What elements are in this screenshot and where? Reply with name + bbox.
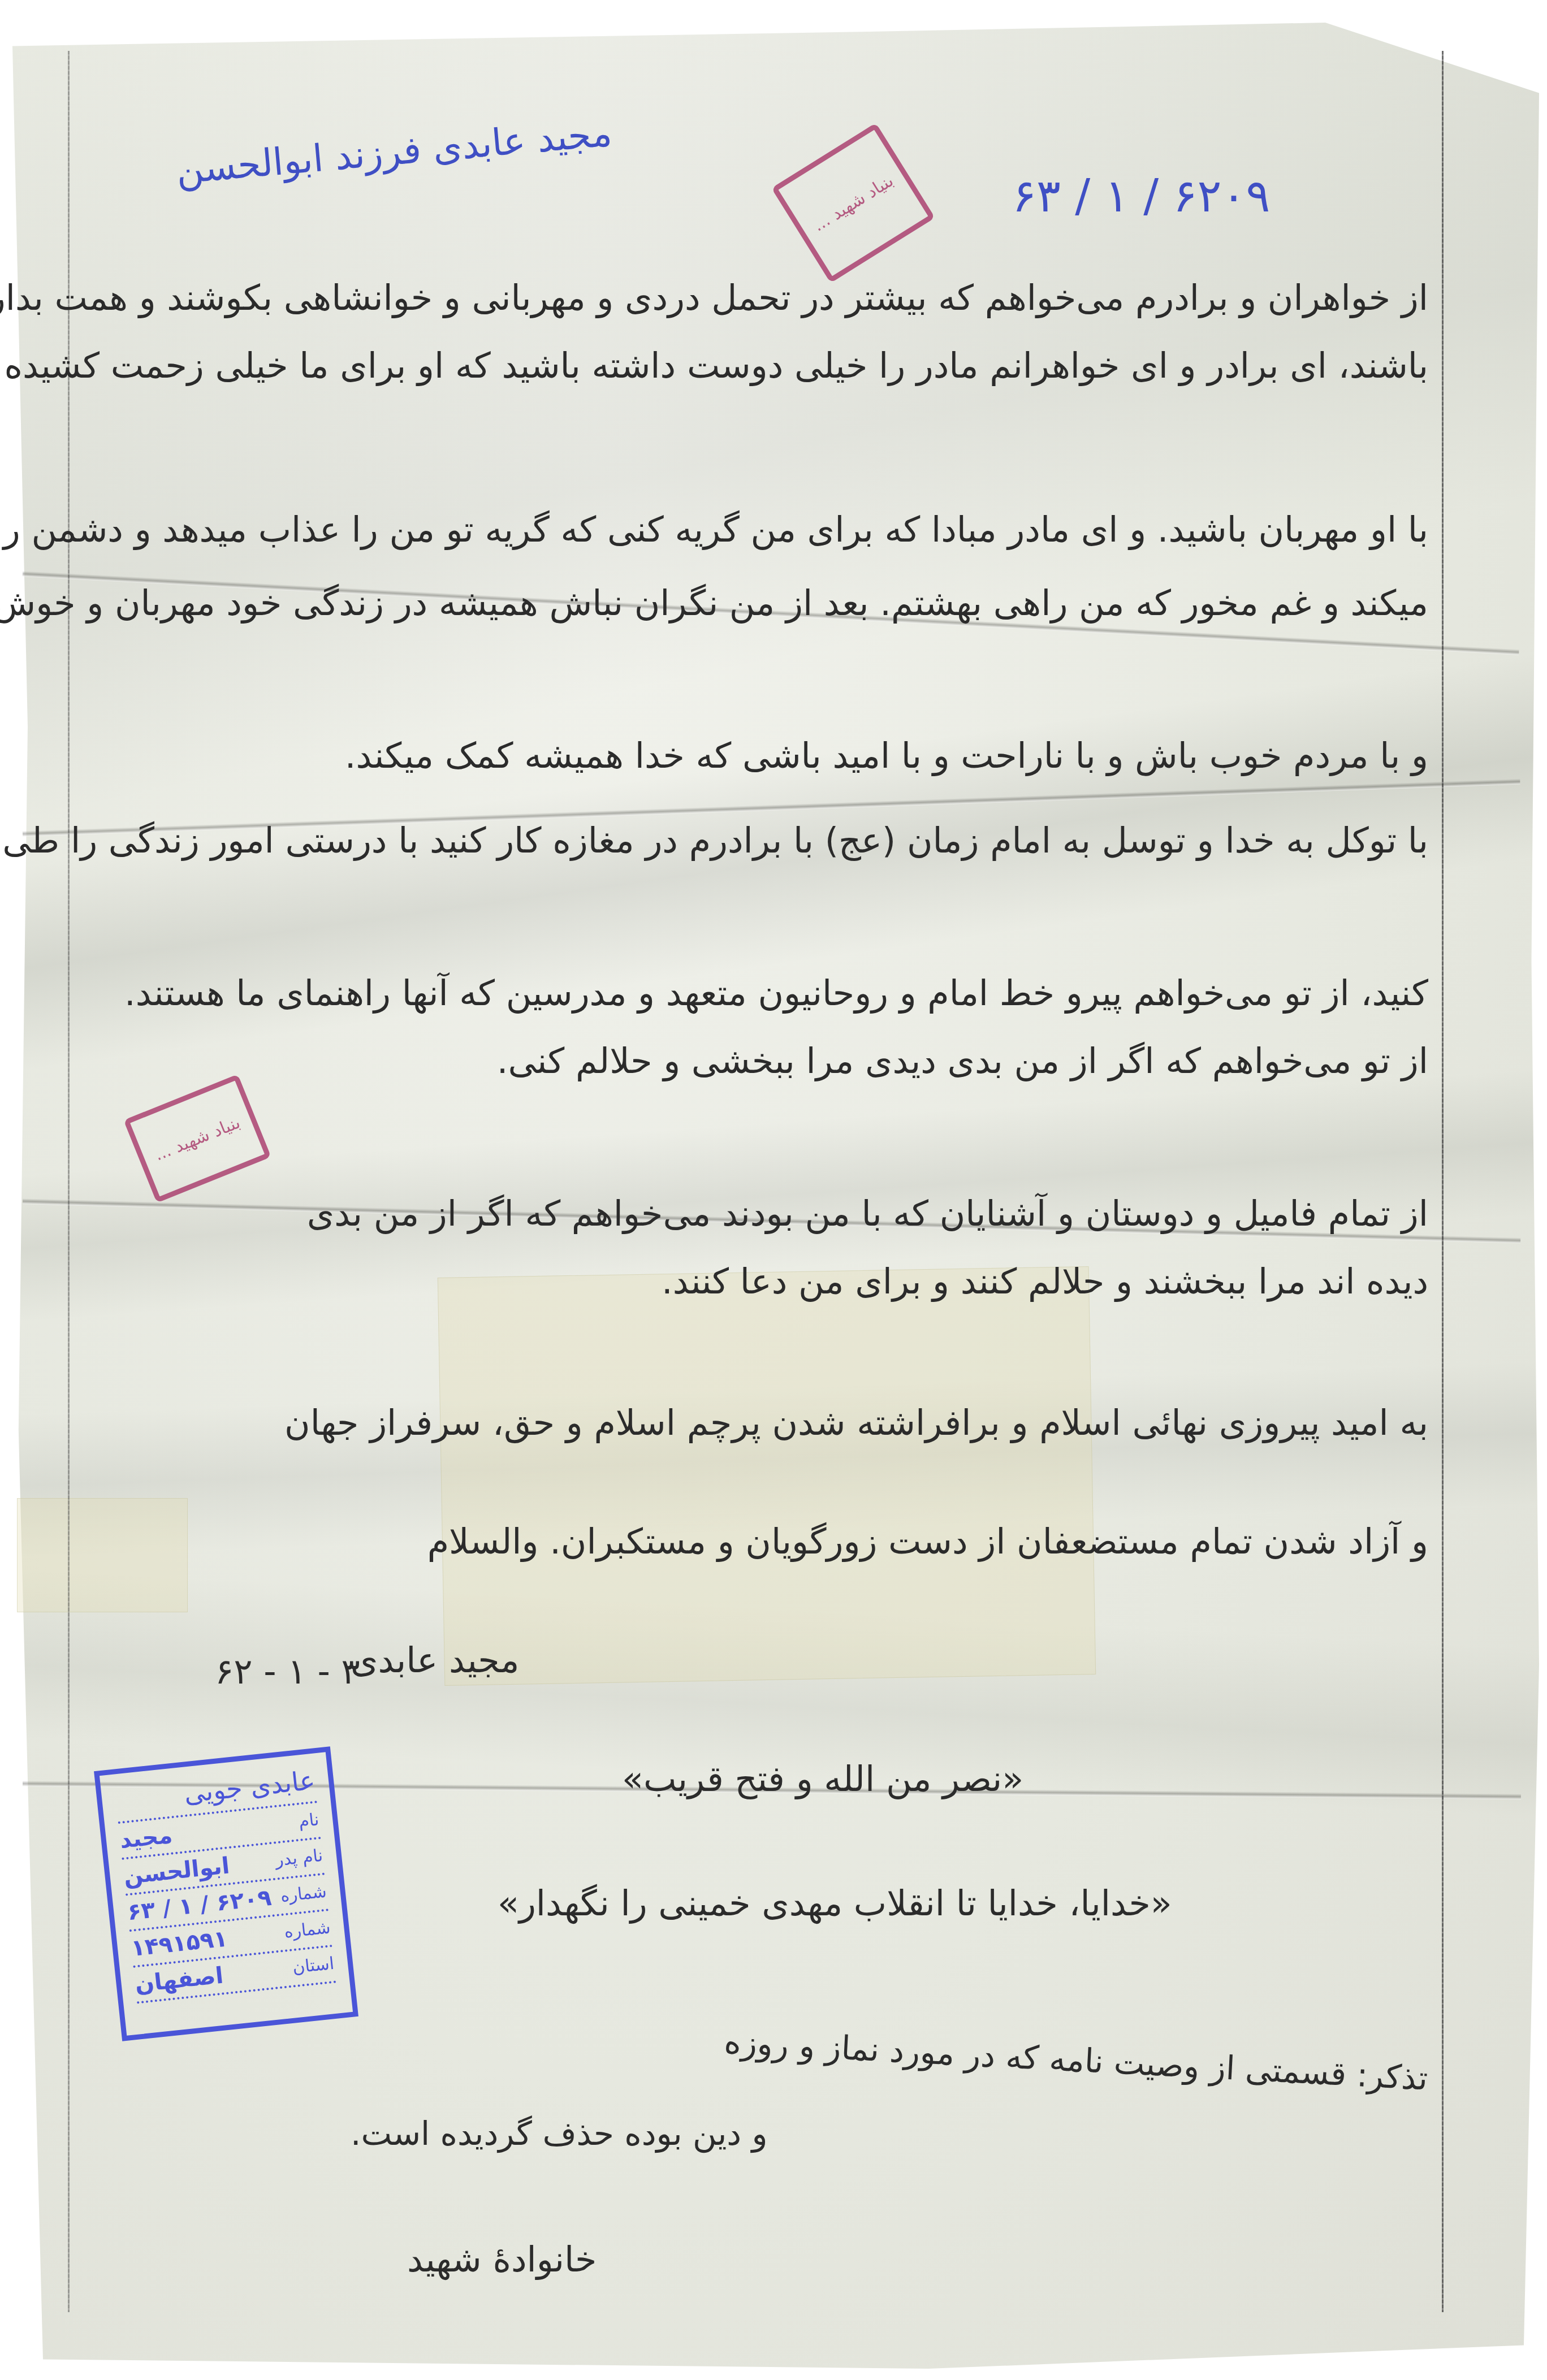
body-line-3: با او مهربان باشید. و ای مادر مبادا که ب… (0, 509, 1428, 550)
body-line-10: دیده اند مرا ببخشند و حلالم کنند و برای … (662, 1261, 1428, 1302)
margin-line-left (68, 51, 70, 2312)
stamp-field-label: نام پدر (274, 1839, 325, 1877)
note-line-2: و دین بوده حذف گردیده است. (351, 2114, 768, 2153)
body-line-6: با توکل به خدا و توسل به امام زمان (عج) … (2, 820, 1428, 861)
body-line-5: و با مردم خوب باش و با ناراحت و با امید … (345, 735, 1428, 776)
closing-signature: خانوادهٔ شهید (407, 2239, 597, 2280)
body-line-9: از تمام فامیل و دوستان و آشنایان که با م… (307, 1193, 1428, 1234)
stamp-field-value: مجید (118, 1819, 174, 1858)
stamp-field-label: شماره (279, 1875, 329, 1914)
quote-nasr: «نصر من الله و فتح قریب» (622, 1758, 1023, 1799)
stamp-field-label: استان (291, 1947, 336, 1985)
repair-tape (438, 1266, 1096, 1686)
body-line-12: و آزاد شدن تمام مستضعفان از دست زورگویان… (427, 1521, 1428, 1562)
stamp-red-top-text: بنیاد شهید ... (810, 171, 897, 236)
body-line-4: میکند و غم مخور که من راهی بهشتم. بعد از… (0, 582, 1428, 624)
signature-name: مجید عابدی (351, 1639, 519, 1681)
body-line-11: به امید پیروزی نهائی اسلام و برافراشته ش… (284, 1402, 1428, 1443)
stamp-blue-registration: عابدی جویی ناممجید نام پدرابوالحسن شماره… (94, 1746, 358, 2041)
body-line-8: از تو می‌خواهم که اگر از من بدی دیدی مرا… (497, 1040, 1428, 1081)
stamp-field-label: شماره (283, 1911, 332, 1949)
repair-tape (17, 1498, 188, 1612)
margin-line-right (1442, 51, 1444, 2312)
body-line-7: کنید، از تو می‌خواهم پیرو خط امام و روحا… (124, 972, 1428, 1014)
body-line-1: از خواهران و برادرم می‌خواهم که بیشتر در… (0, 277, 1428, 318)
stamp-red-middle-text: بنیاد شهید ... (152, 1113, 243, 1165)
signature-date: ۳ - ۱ - ۶۲ (215, 1651, 360, 1692)
stamp-field-label: نام (297, 1803, 321, 1838)
quote-khodaya: «خدایا، خدایا تا انقلاب مهدی خمینی را نگ… (498, 1883, 1172, 1924)
body-line-2: باشند، ای برادر و ای خواهرانم مادر را خی… (4, 345, 1428, 386)
header-number: ۶۲۰۹ / ۱ / ۶۳ (1012, 170, 1270, 222)
